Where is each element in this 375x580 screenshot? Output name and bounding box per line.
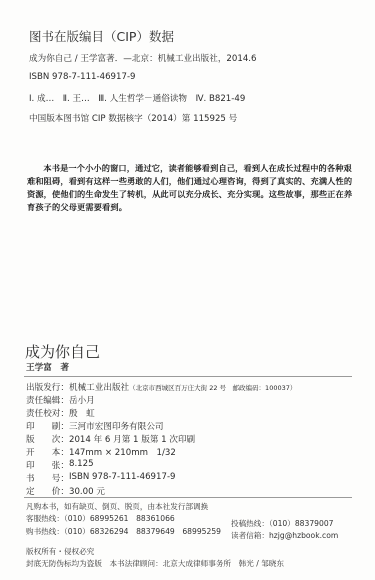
cip-heading: 图书在版编目（CIP）数据 xyxy=(29,27,174,45)
printer-label: 印 刷： xyxy=(26,420,69,432)
imprint-price: 定 价： 30.00 元 xyxy=(26,485,105,497)
replacement-notice: 凡购本书，如有缺页、倒页、脱页，由本社发行部调换 xyxy=(26,501,208,512)
submission-hotline: 投稿热线：（010）88379007 xyxy=(231,518,334,529)
proofreader-label: 责任校对： xyxy=(26,407,69,419)
sheets-label: 印 张： xyxy=(26,459,69,471)
edition-value: 2014 年 6 月第 1 版第 1 次印刷 xyxy=(69,433,195,445)
divider-top xyxy=(24,376,352,377)
imprint-editor: 责任编辑： 岳小月 xyxy=(26,394,95,406)
cip-number: 中国版本图书馆 CIP 数据核字（2014）第 115925 号 xyxy=(29,112,237,124)
copyright-notice: 版权所有・侵权必究 xyxy=(26,546,94,557)
book-summary: 本书是一个小小的窗口，通过它，读者能够看到自己，看到人在成长过程中的各种艰难和阻… xyxy=(27,162,357,214)
book-title: 成为你自己 xyxy=(25,341,100,362)
cip-citation: 成为你自己 / 王学富著．—北京：机械工业出版社，2014.6 xyxy=(29,52,257,64)
publisher-label: 出版发行： xyxy=(26,381,69,393)
reader-email[interactable]: 读者信箱：hzjg@hzbook.com xyxy=(231,530,338,541)
editor-label: 责任编辑： xyxy=(26,394,69,406)
imprint-publisher: 出版发行： 机械工业出版社 （北京市西城区百万庄大街 22 号 邮政编码：100… xyxy=(26,381,296,393)
imprint-proofreader: 责任校对： 殷 虹 xyxy=(26,407,95,419)
divider-bottom xyxy=(24,497,352,498)
printer-value: 三河市宏图印务有限公司 xyxy=(69,420,164,432)
editor-value: 岳小月 xyxy=(69,394,95,406)
publisher-value: 机械工业出版社 xyxy=(69,381,129,393)
format-value: 147mm × 210mm 1/32 xyxy=(69,446,176,458)
price-value: 30.00 元 xyxy=(69,485,105,497)
cip-isbn: ISBN 978-7-111-46917-9 xyxy=(29,72,136,82)
imprint-isbn: 书 号： ISBN 978-7-111-46917-9 xyxy=(26,472,176,484)
legal-counsel: 封底无防伪标均为盗版 本书法律顾问：北京大成律师事务所 韩光 / 邹晓东 xyxy=(26,558,284,569)
book-author: 王学富 著 xyxy=(26,361,69,373)
sheets-value: 8.125 xyxy=(69,459,94,471)
imprint-format: 开 本： 147mm × 210mm 1/32 xyxy=(26,446,176,458)
imprint-edition: 版 次： 2014 年 6 月第 1 版第 1 次印刷 xyxy=(26,433,195,445)
format-label: 开 本： xyxy=(26,446,69,458)
service-hotline: 客服热线：（010）68995261 88361066 xyxy=(26,513,175,524)
price-label: 定 价： xyxy=(26,485,69,497)
purchase-hotline: 购书热线：（010）68326294 88379649 68995259 xyxy=(26,526,221,537)
cip-classification: Ⅰ. 成… Ⅱ. 王… Ⅲ. 人生哲学－通俗读物 Ⅳ. B821-49 xyxy=(29,92,245,104)
publisher-address: （北京市西城区百万庄大街 22 号 邮政编码：100037） xyxy=(129,381,296,393)
isbn-value: ISBN 978-7-111-46917-9 xyxy=(69,472,176,484)
imprint-printer: 印 刷： 三河市宏图印务有限公司 xyxy=(26,420,164,432)
isbn-label: 书 号： xyxy=(26,472,69,484)
imprint-sheets: 印 张： 8.125 xyxy=(26,459,94,471)
edition-label: 版 次： xyxy=(26,433,69,445)
proofreader-value: 殷 虹 xyxy=(69,407,95,419)
